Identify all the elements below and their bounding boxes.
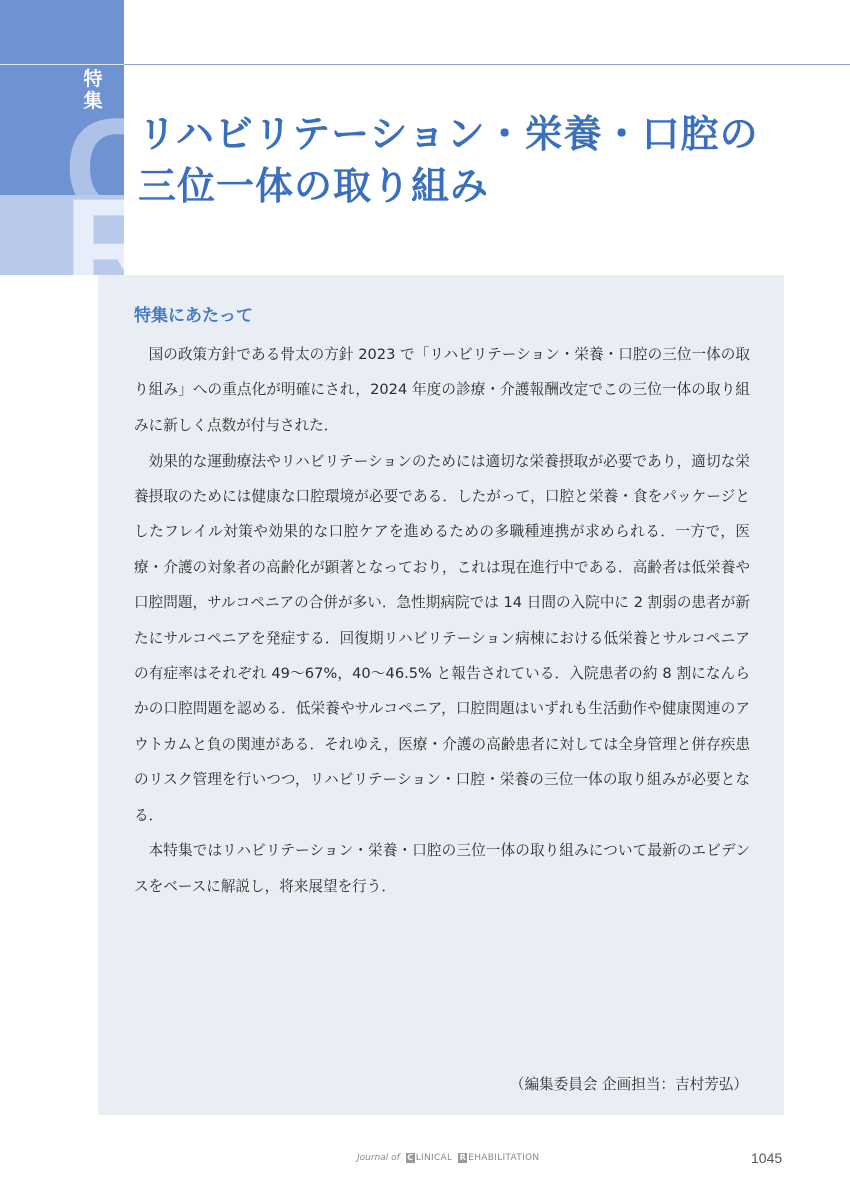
intro-panel: 特集にあたって 国の政策方針である骨太の方針 2023 で「リハビリテーション・… (98, 275, 784, 1115)
panel-body: 国の政策方針である骨太の方針 2023 で「リハビリテーション・栄養・口腔の三位… (134, 337, 750, 904)
title-line-2: 三位一体の取り組み (138, 160, 759, 212)
title-line-1: リハビリテーション・栄養・口腔の (138, 108, 759, 160)
side-divider (0, 64, 124, 65)
journal-name: Journal of CLINICAL REHABILITATION (357, 1153, 539, 1163)
paragraph: 効果的な運動療法やリハビリテーションのためには適切な栄養摂取が必要であり，適切な… (134, 444, 750, 833)
page-title: リハビリテーション・栄養・口腔の 三位一体の取り組み (138, 108, 759, 212)
page-number: 1045 (751, 1150, 782, 1166)
panel-heading: 特集にあたって (134, 301, 253, 326)
watermark-letter-r: R (64, 195, 124, 275)
section-label: 特 集 (78, 68, 108, 112)
header-rule (124, 64, 850, 65)
paragraph: 本特集ではリハビリテーション・栄養・口腔の三位一体の取り組みについて最新のエビデ… (134, 833, 750, 904)
watermark-letter-c: C (64, 98, 124, 195)
journal-r-box: R (458, 1153, 467, 1163)
section-color-block-light: R (0, 195, 124, 275)
editor-credit: （編集委員会 企画担当：吉村芳弘） (510, 1073, 748, 1094)
journal-c-box: C (406, 1153, 415, 1163)
paragraph: 国の政策方針である骨太の方針 2023 で「リハビリテーション・栄養・口腔の三位… (134, 337, 750, 443)
